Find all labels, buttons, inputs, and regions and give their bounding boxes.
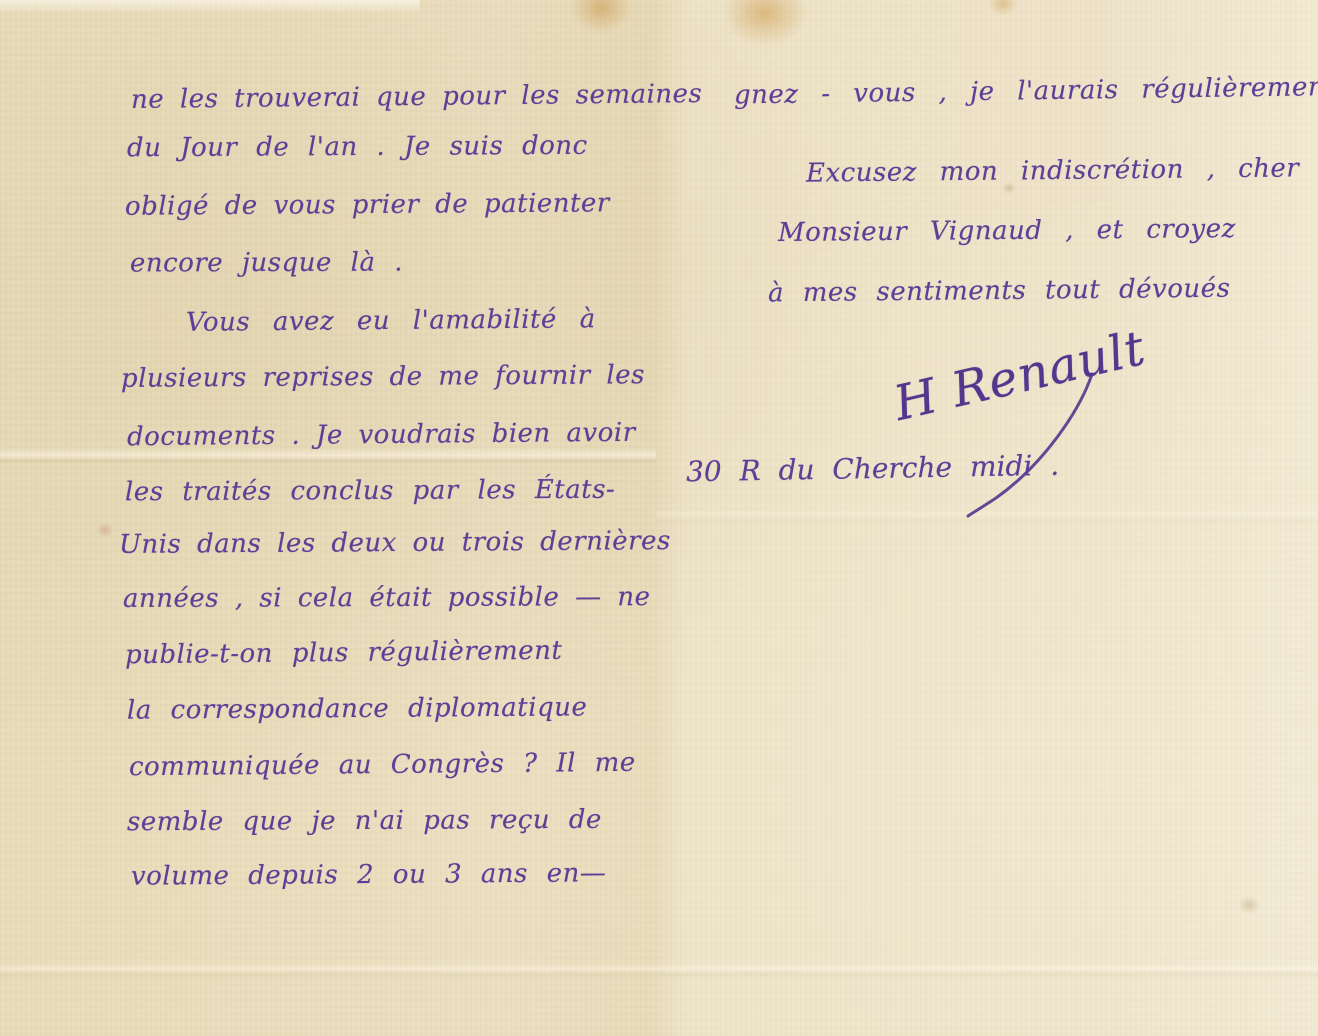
stain bbox=[570, 0, 632, 34]
handwritten-line: ne les trouverai que pour les semaines bbox=[131, 79, 703, 115]
stain bbox=[722, 0, 808, 46]
handwritten-line: publie-t-on plus régulièrement bbox=[125, 636, 563, 671]
address-line: 30 R du Cherche midi . bbox=[686, 449, 1060, 489]
handwritten-line: Monsieur Vignaud , et croyez bbox=[778, 214, 1236, 248]
signature: H Renault bbox=[889, 320, 1151, 432]
handwritten-line: Excusez mon indiscrétion , cher bbox=[806, 153, 1300, 188]
handwritten-line: semble que je n'ai pas reçu de bbox=[127, 805, 602, 837]
handwritten-line: du Jour de l'an . Je suis donc bbox=[127, 131, 588, 163]
handwritten-line: documents . Je voudrais bien avoir bbox=[127, 418, 636, 452]
stain bbox=[988, 0, 1018, 16]
stain bbox=[1238, 896, 1260, 914]
handwritten-line: communiquée au Congrès ? Il me bbox=[129, 748, 636, 782]
handwritten-line: volume depuis 2 ou 3 ans en— bbox=[131, 858, 607, 891]
stain bbox=[96, 522, 114, 538]
horizontal-crease bbox=[0, 962, 1318, 978]
handwritten-line: plusieurs reprises de me fournir les bbox=[121, 360, 645, 394]
handwritten-line: Unis dans les deux ou trois dernières bbox=[119, 526, 671, 560]
handwritten-line: les traités conclus par les États- bbox=[125, 475, 615, 508]
handwritten-line: gnez - vous , je l'aurais régulièrement … bbox=[734, 72, 1318, 111]
handwritten-line: années , si cela était possible — ne bbox=[123, 582, 651, 614]
handwritten-line: Vous avez eu l'amabilité à bbox=[186, 304, 596, 338]
handwritten-line: à mes sentiments tout dévoués bbox=[768, 274, 1231, 309]
handwritten-line: la correspondance diplomatique bbox=[127, 692, 587, 725]
handwritten-line: obligé de vous prier de patienter bbox=[125, 188, 610, 221]
letter-scan: ne les trouverai que pour les semaines d… bbox=[0, 0, 1318, 1036]
paper-edge-highlight bbox=[0, 0, 420, 14]
horizontal-crease bbox=[657, 508, 1318, 524]
handwritten-line: encore jusque là . bbox=[130, 248, 403, 279]
